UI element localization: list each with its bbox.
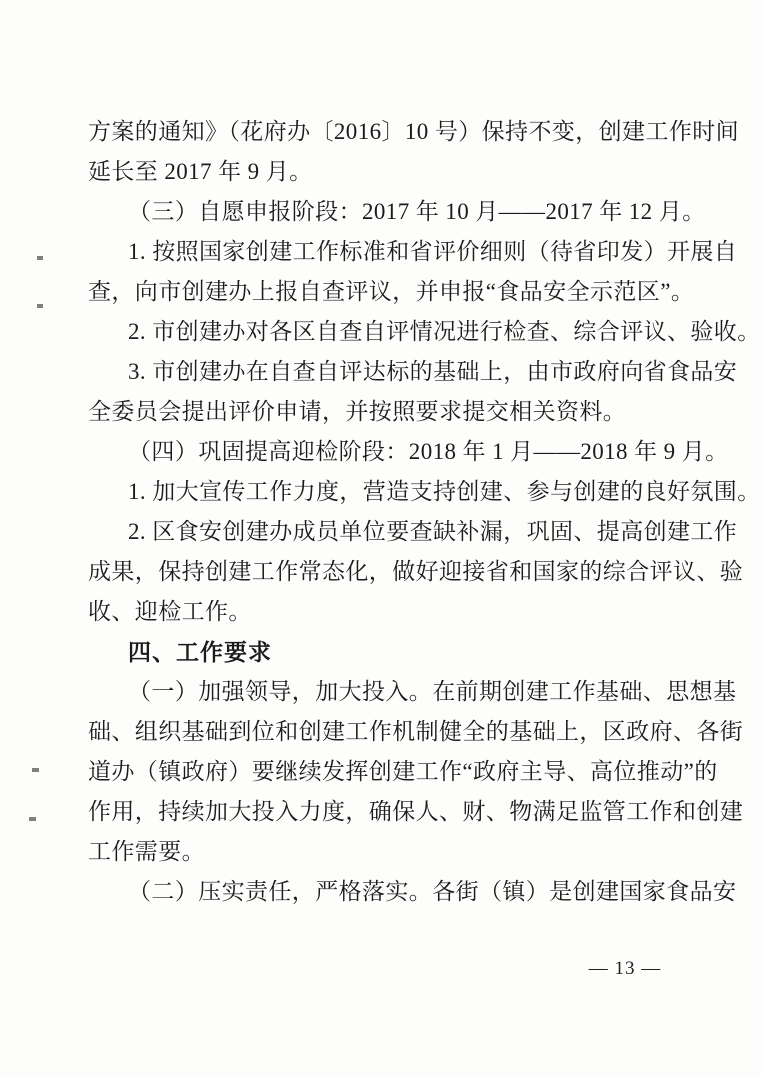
text-line: （二）压实责任，严格落实。各街（镇）是创建国家食品安 xyxy=(88,872,688,912)
text-line: 收、迎检工作。 xyxy=(88,592,688,632)
text-line: 1. 加大宣传工作力度，营造支持创建、参与创建的良好氛围。 xyxy=(88,472,688,512)
text-line: 方案的通知》（花府办〔2016〕10 号）保持不变，创建工作时间 xyxy=(88,112,688,152)
section-heading: 四、工作要求 xyxy=(88,632,688,672)
text-line: 全委员会提出评价申请，并按照要求提交相关资料。 xyxy=(88,392,688,432)
scan-speck xyxy=(37,304,43,308)
document-page: 方案的通知》（花府办〔2016〕10 号）保持不变，创建工作时间 延长至 201… xyxy=(0,0,762,1078)
document-body: 方案的通知》（花府办〔2016〕10 号）保持不变，创建工作时间 延长至 201… xyxy=(88,112,688,912)
scan-speck xyxy=(29,817,36,821)
scan-speck xyxy=(32,768,39,772)
text-line: 3. 市创建办在自查自评达标的基础上，由市政府向省食品安 xyxy=(88,352,688,392)
text-line: 1. 按照国家创建工作标准和省评价细则（待省印发）开展自 xyxy=(88,232,688,272)
scan-speck xyxy=(37,256,43,260)
text-line: 成果，保持创建工作常态化，做好迎接省和国家的综合评议、验 xyxy=(88,552,688,592)
text-line: 道办（镇政府）要继续发挥创建工作“政府主导、高位推动”的 xyxy=(88,752,688,792)
text-line: 作用，持续加大投入力度，确保人、财、物满足监管工作和创建 xyxy=(88,792,688,832)
text-line: 工作需要。 xyxy=(88,832,688,872)
text-line: （三）自愿申报阶段：2017 年 10 月——2017 年 12 月。 xyxy=(88,192,688,232)
text-line: 2. 市创建办对各区自查自评情况进行检查、综合评议、验收。 xyxy=(88,312,688,352)
text-line: 础、组织基础到位和创建工作机制健全的基础上，区政府、各街 xyxy=(88,712,688,752)
text-line: （四）巩固提高迎检阶段：2018 年 1 月——2018 年 9 月。 xyxy=(88,432,688,472)
page-number: — 13 — xyxy=(585,958,665,980)
text-line: 延长至 2017 年 9 月。 xyxy=(88,152,688,192)
text-line: 2. 区食安创建办成员单位要查缺补漏，巩固、提高创建工作 xyxy=(88,512,688,552)
text-line: 查，向市创建办上报自查评议，并申报“食品安全示范区”。 xyxy=(88,272,688,312)
text-line: （一）加强领导，加大投入。在前期创建工作基础、思想基 xyxy=(88,672,688,712)
